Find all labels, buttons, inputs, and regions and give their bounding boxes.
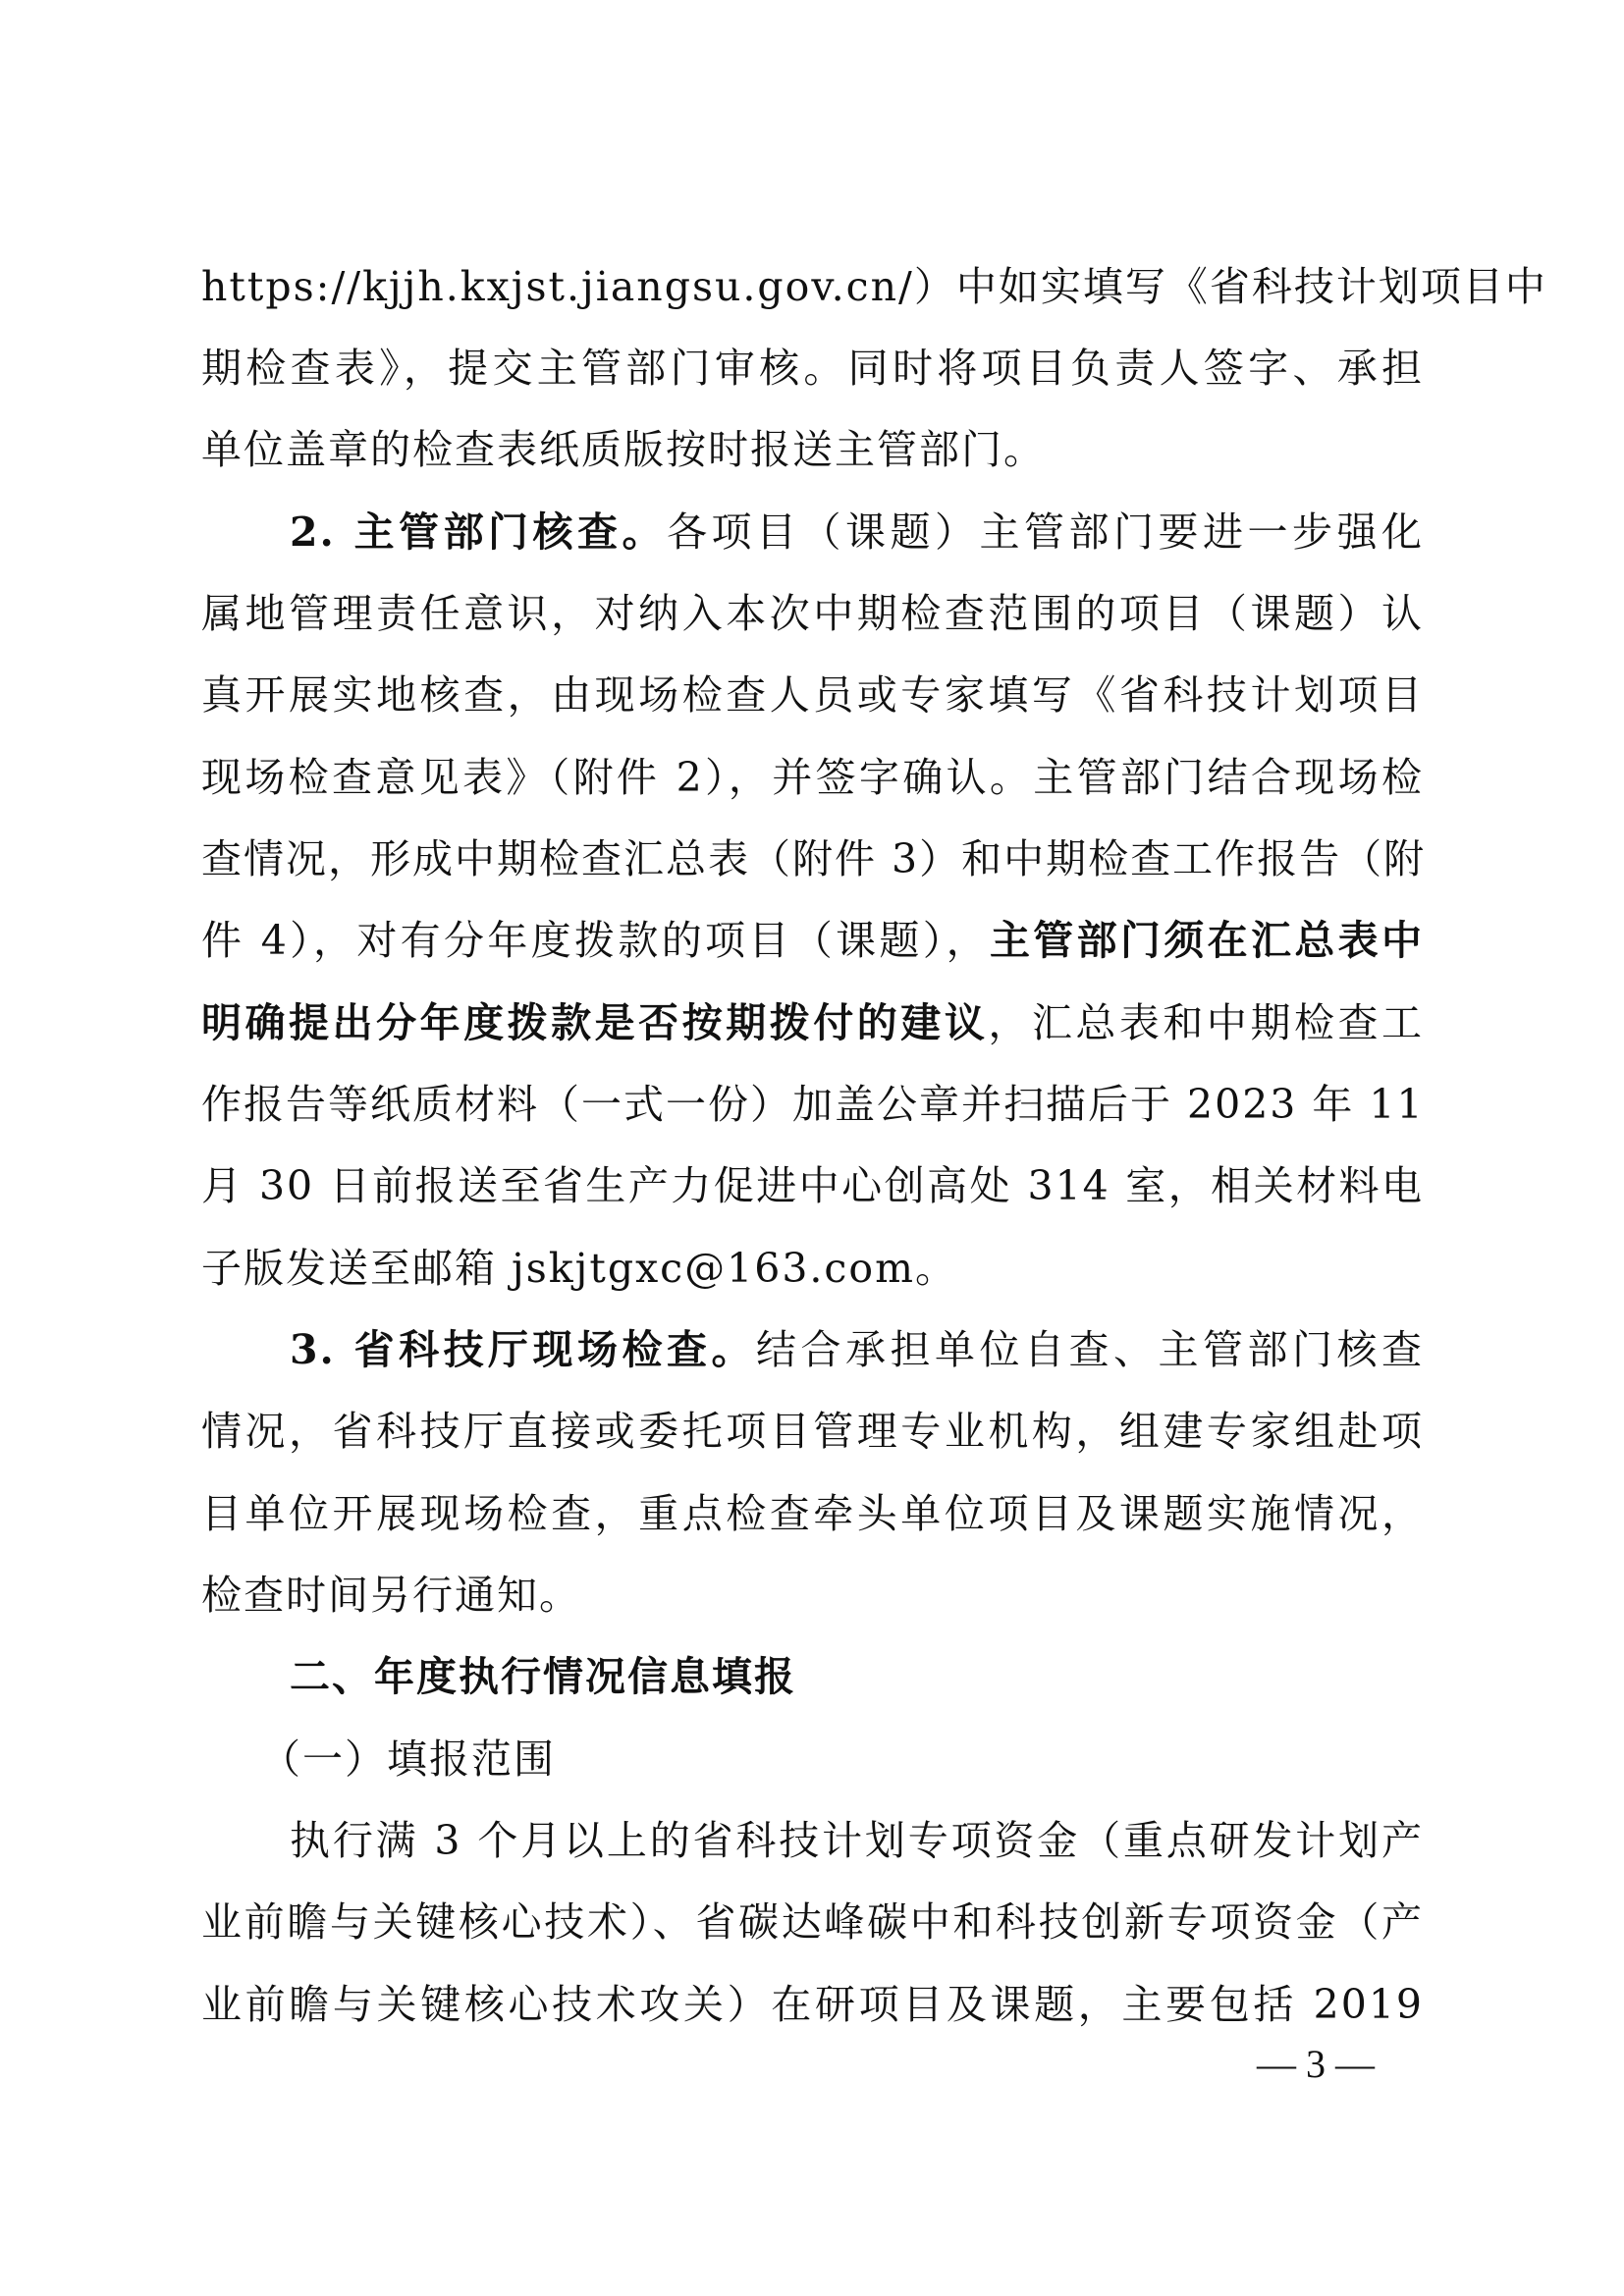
text-line: 业前瞻与关键核心技术）、省碳达峰碳中和科技创新专项资金（产	[201, 1893, 1424, 1951]
text-line: 执行满 3 个月以上的省科技计划专项资金（重点研发计划产	[201, 1811, 1424, 1870]
emphasis-text: 主管部门须在汇总表中	[990, 917, 1424, 964]
subsection-heading: （一）填报范围	[201, 1730, 1424, 1789]
text-line: 3. 省科技厅现场检查。结合承担单位自查、主管部门核查	[201, 1320, 1424, 1379]
emphasis-text: 明确提出分年度拨款是否按期拨付的建议	[201, 999, 988, 1046]
text-span: 件 4），对有分年度拨款的项目（课题），	[201, 917, 990, 964]
text-line: 情况，省科技厅直接或委托项目管理专业机构，组建专家组赴项	[201, 1402, 1424, 1461]
text-line: 作报告等纸质材料（一式一份）加盖公章并扫描后于 2023 年 11	[201, 1075, 1424, 1134]
text-line: 查情况，形成中期检查汇总表（附件 3）和中期检查工作报告（附	[201, 829, 1424, 888]
text-span: 各项目（课题）主管部门要进一步强化	[667, 508, 1424, 556]
text-line: 现场检查意见表》（附件 2），并签字确认。主管部门结合现场检	[201, 748, 1424, 807]
text-line: 明确提出分年度拨款是否按期拨付的建议，汇总表和中期检查工	[201, 993, 1424, 1052]
text-line: 月 30 日前报送至省生产力促进中心创高处 314 室，相关材料电	[201, 1156, 1424, 1215]
text-line: 期检查表》，提交主管部门审核。同时将项目负责人签字、承担	[201, 339, 1424, 398]
text-line: 属地管理责任意识，对纳入本次中期检查范围的项目（课题）认	[201, 584, 1424, 643]
text-span: 结合承担单位自查、主管部门核查	[756, 1326, 1424, 1373]
text-line: 真开展实地核查，由现场检查人员或专家填写《省科技计划项目	[201, 666, 1424, 724]
item-heading: 2. 主管部门核查。	[290, 508, 667, 556]
text-line: 单位盖章的检查表纸质版按时报送主管部门。	[201, 420, 1424, 479]
section-heading: 二、年度执行情况信息填报	[201, 1647, 1424, 1706]
text-line: https://kjjh.kxjst.jiangsu.gov.cn/）中如实填写…	[201, 257, 1424, 316]
page-number: — 3 —	[1208, 2040, 1424, 2089]
text-span: ，汇总表和中期检查工	[988, 999, 1424, 1046]
text-line: 检查时间另行通知。	[201, 1566, 1424, 1625]
document-page: https://kjjh.kxjst.jiangsu.gov.cn/）中如实填写…	[0, 0, 1624, 2296]
item-heading: 3. 省科技厅现场检查。	[290, 1326, 756, 1373]
text-line: 件 4），对有分年度拨款的项目（课题），主管部门须在汇总表中	[201, 911, 1424, 970]
text-line: 2. 主管部门核查。各项目（课题）主管部门要进一步强化	[201, 503, 1424, 561]
text-line: 子版发送至邮箱 jskjtgxc@163.com。	[201, 1239, 1424, 1298]
text-line: 业前瞻与关键核心技术攻关）在研项目及课题，主要包括 2019	[201, 1975, 1424, 2034]
text-line: 目单位开展现场检查，重点检查牵头单位项目及课题实施情况，	[201, 1484, 1424, 1543]
